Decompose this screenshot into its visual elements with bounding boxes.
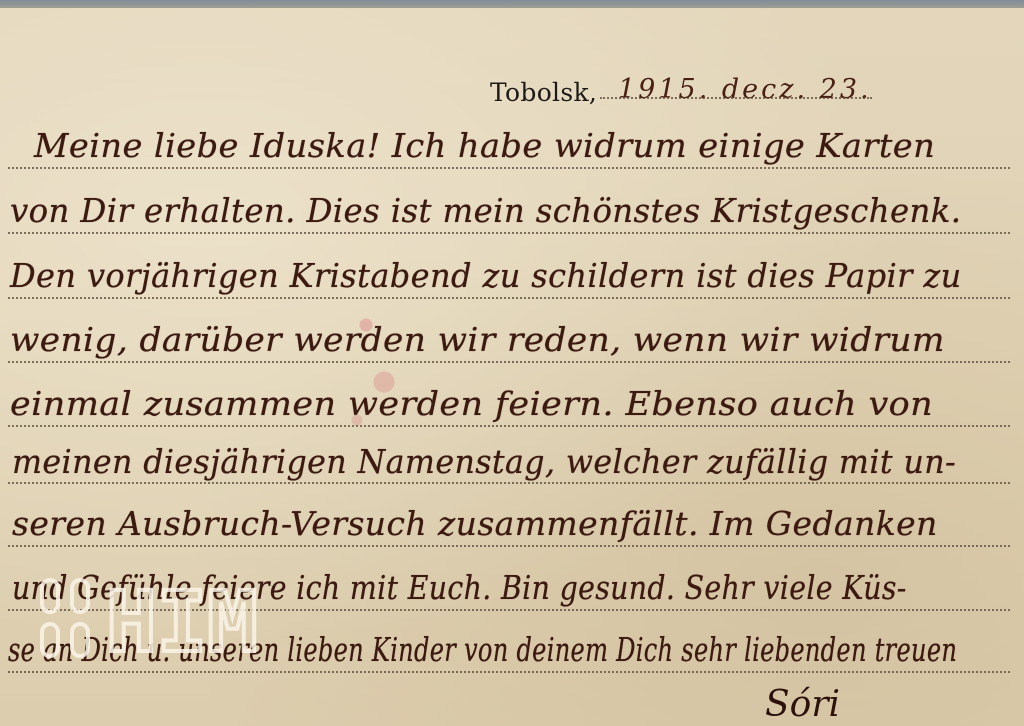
line-rule-7 [8, 545, 1010, 547]
watermark-logo: HIM [40, 578, 258, 664]
place-printed: Tobolsk, [490, 78, 597, 107]
watermark-dots-icon [40, 578, 90, 658]
date-handwritten: 1915. decz. 23. [618, 74, 872, 105]
watermark-text: HIM [106, 580, 258, 664]
date-rule [600, 97, 872, 99]
postcard: Tobolsk, 1915. decz. 23. Meine liebe Idu… [0, 8, 1024, 726]
line-rule-9 [8, 671, 1010, 673]
line-rule-4 [8, 361, 1010, 363]
letter-line-5: einmal zusammen werden feiern. Ebenso au… [10, 384, 933, 423]
letter-line-6: meinen diesjährigen Namenstag, welcher z… [12, 442, 956, 481]
line-rule-1 [8, 167, 1010, 169]
letter-line-3: Den vorjährigen Kristabend zu schildern … [10, 256, 962, 295]
letter-line-7: seren Ausbruch-Versuch zusammenfällt. Im… [12, 504, 938, 543]
line-rule-6 [8, 482, 1010, 484]
letter-line-2: von Dir erhalten. Dies ist mein schönste… [10, 191, 961, 230]
line-rule-5 [8, 425, 1010, 427]
line-rule-3 [8, 297, 1010, 299]
signature: Sóri [765, 684, 840, 725]
line-rule-2 [8, 232, 1010, 234]
letter-line-1: Meine liebe Iduska! Ich habe widrum eini… [34, 126, 935, 165]
letter-line-4: wenig, darüber werden wir reden, wenn wi… [10, 320, 945, 359]
